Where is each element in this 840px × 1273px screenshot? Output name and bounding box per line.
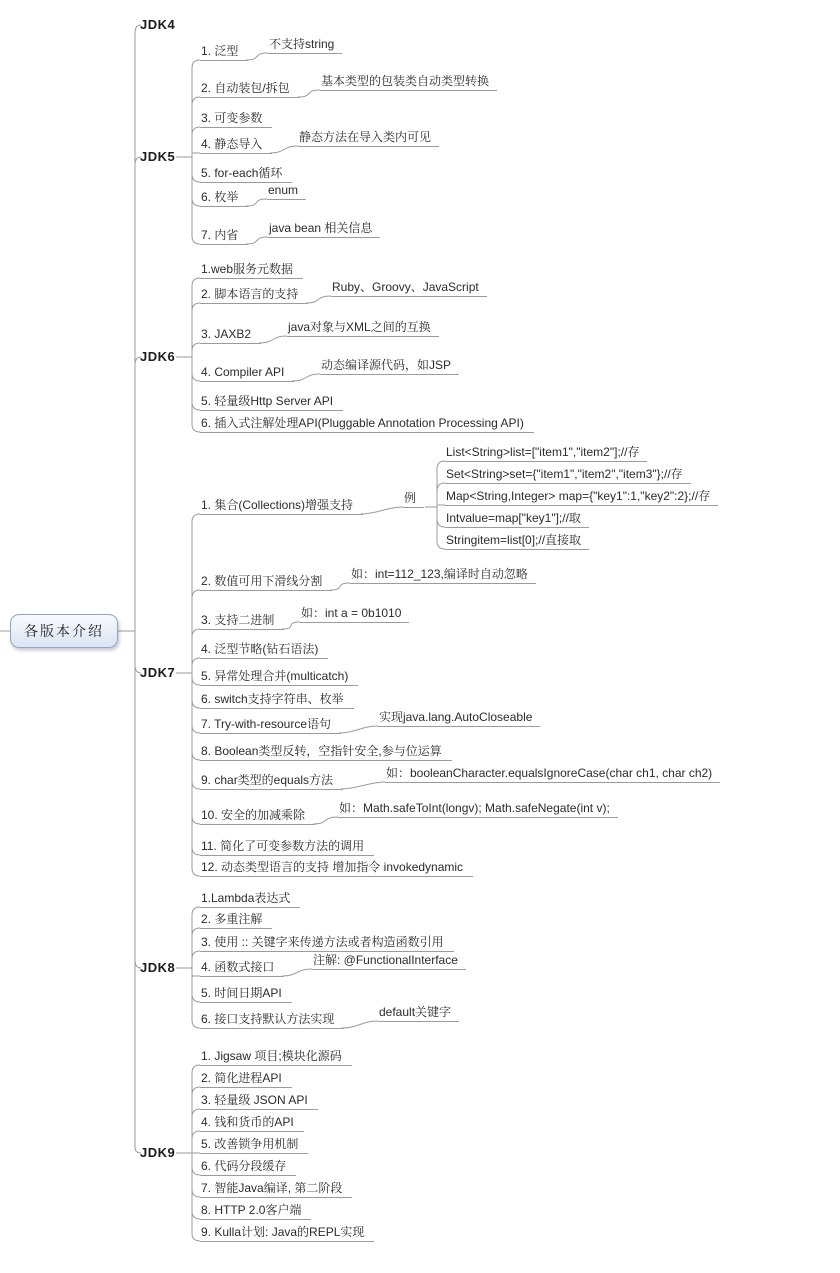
branch-label-jdk6[interactable]: JDK6 xyxy=(140,349,175,365)
annotation-jdk5-1[interactable]: 不支持string xyxy=(268,37,342,54)
node-jdk6-6[interactable]: 6. 插入式注解处理API(Pluggable Annotation Proce… xyxy=(200,416,534,433)
node-jdk9-2[interactable]: 2. 简化进程API xyxy=(200,1071,292,1088)
node-jdk9-5[interactable]: 5. 改善锁争用机制 xyxy=(200,1137,308,1154)
annotation-jdk6-4[interactable]: 动态编译源代码，如JSP xyxy=(320,358,459,375)
root-topic[interactable]: 各版本介绍 xyxy=(10,614,118,648)
node-jdk6-5[interactable]: 5. 轻量级Http Server API xyxy=(200,394,343,411)
node-jdk6-3[interactable]: 3. JAXB2 xyxy=(200,327,261,344)
connector-lines xyxy=(0,0,840,1273)
code-example-line-5[interactable]: Stringitem=list[0];//直接取 xyxy=(445,533,589,550)
node-jdk8-6[interactable]: 6. 接口支持默认方法实现 xyxy=(200,1012,344,1029)
node-jdk8-3[interactable]: 3. 使用 :: 关键字来传递方法或者构造函数引用 xyxy=(200,935,454,952)
annotation-jdk5-2[interactable]: 基本类型的包装类自动类型转换 xyxy=(320,74,497,91)
node-jdk5-1[interactable]: 1. 泛型 xyxy=(200,44,248,61)
node-jdk7-2[interactable]: 2. 数值可用下滑线分割 xyxy=(200,574,332,591)
annotation-jdk6-2[interactable]: Ruby、Groovy、JavaScript xyxy=(331,280,487,297)
node-jdk8-1[interactable]: 1.Lambda表达式 xyxy=(200,891,300,908)
node-jdk7-11[interactable]: 11. 简化了可变参数方法的调用 xyxy=(200,839,374,856)
annotation-jdk7-9[interactable]: 如：booleanCharacter.equalsIgnoreCase(char… xyxy=(385,766,720,783)
node-jdk7-12[interactable]: 12. 动态类型语言的支持 增加指令 invokedynamic xyxy=(200,860,473,877)
annotation-jdk5-7[interactable]: java bean 相关信息 xyxy=(268,221,380,238)
node-jdk7-10[interactable]: 10. 安全的加减乘除 xyxy=(200,808,315,825)
annotation-jdk6-3[interactable]: java对象与XML之间的互换 xyxy=(287,320,439,337)
annotation-jdk5-6[interactable]: enum xyxy=(267,183,306,200)
node-jdk5-4[interactable]: 4. 静态导入 xyxy=(200,137,272,154)
node-jdk7-1[interactable]: 1. 集合(Collections)增强支持 xyxy=(200,498,363,515)
code-example-line-3[interactable]: Map<String,Integer> map={"key1":1,"key2"… xyxy=(445,489,718,506)
node-jdk7-9[interactable]: 9. char类型的equals方法 xyxy=(200,773,343,790)
node-jdk7-4[interactable]: 4. 泛型节略(钻石语法) xyxy=(200,642,328,659)
node-jdk7-6[interactable]: 6. switch支持字符串、枚举 xyxy=(200,692,354,709)
annotation-jdk8-4[interactable]: 注解: @FunctionalInterface xyxy=(312,953,466,970)
node-jdk5-6[interactable]: 6. 枚举 xyxy=(200,190,248,207)
code-example-line-2[interactable]: Set<String>set={"item1","item2","item3"}… xyxy=(445,467,691,484)
node-jdk5-7[interactable]: 7. 内省 xyxy=(200,228,248,245)
node-jdk5-3[interactable]: 3. 可变参数 xyxy=(200,111,272,128)
node-jdk7-7[interactable]: 7. Try-with-resource语句 xyxy=(200,717,341,734)
branch-label-jdk5[interactable]: JDK5 xyxy=(140,149,175,165)
node-jdk7-5[interactable]: 5. 异常处理合并(multicatch) xyxy=(200,669,358,686)
node-jdk9-4[interactable]: 4. 钱和货币的API xyxy=(200,1115,304,1132)
node-jdk9-8[interactable]: 8. HTTP 2.0客户端 xyxy=(200,1203,311,1220)
node-jdk6-2[interactable]: 2. 脚本语言的支持 xyxy=(200,287,308,304)
annotation-example-label[interactable]: 例 xyxy=(403,491,424,508)
node-jdk9-7[interactable]: 7. 智能Java编译, 第二阶段 xyxy=(200,1181,352,1198)
annotation-jdk7-10[interactable]: 如：Math.safeToInt(longv); Math.safeNegate… xyxy=(338,801,618,818)
node-jdk7-8[interactable]: 8. Boolean类型反转，空指针安全,参与位运算 xyxy=(200,744,452,761)
annotation-jdk8-6[interactable]: default关键字 xyxy=(378,1005,459,1022)
branch-label-jdk7[interactable]: JDK7 xyxy=(140,665,175,681)
node-jdk8-2[interactable]: 2. 多重注解 xyxy=(200,912,272,929)
node-jdk5-5[interactable]: 5. for-each循环 xyxy=(200,166,292,183)
annotation-jdk5-4[interactable]: 静态方法在导入类内可见 xyxy=(298,130,439,147)
node-jdk6-4[interactable]: 4. Compiler API xyxy=(200,365,294,382)
node-jdk9-9[interactable]: 9. Kulla计划: Java的REPL实现 xyxy=(200,1225,374,1242)
branch-label-jdk8[interactable]: JDK8 xyxy=(140,960,175,976)
mindmap-canvas: 各版本介绍 JDK4 JDK5 JDK6 JDK7 JDK8 JDK9 1. 泛… xyxy=(0,0,840,1273)
node-jdk8-5[interactable]: 5. 时间日期API xyxy=(200,986,292,1003)
annotation-jdk7-7[interactable]: 实现java.lang.AutoCloseable xyxy=(378,710,540,727)
node-jdk9-6[interactable]: 6. 代码分段缓存 xyxy=(200,1159,296,1176)
node-jdk9-3[interactable]: 3. 轻量级 JSON API xyxy=(200,1093,318,1110)
branch-label-jdk9[interactable]: JDK9 xyxy=(140,1145,175,1161)
annotation-jdk7-2[interactable]: 如：int=112_123,编译时自动忽略 xyxy=(350,567,536,584)
node-jdk9-1[interactable]: 1. Jigsaw 项目;模块化源码 xyxy=(200,1049,352,1066)
node-jdk6-1[interactable]: 1.web服务元数据 xyxy=(200,262,303,279)
code-example-line-4[interactable]: Intvalue=map["key1"];//取 xyxy=(445,511,589,528)
node-jdk5-2[interactable]: 2. 自动装包/拆包 xyxy=(200,81,300,98)
branch-label-jdk4[interactable]: JDK4 xyxy=(140,17,175,33)
annotation-jdk7-3[interactable]: 如：int a = 0b1010 xyxy=(300,606,409,623)
node-jdk8-4[interactable]: 4. 函数式接口 xyxy=(200,960,284,977)
node-jdk7-3[interactable]: 3. 支持二进制 xyxy=(200,613,284,630)
code-example-line-1[interactable]: List<String>list=["item1","item2"];//存 xyxy=(445,445,647,462)
